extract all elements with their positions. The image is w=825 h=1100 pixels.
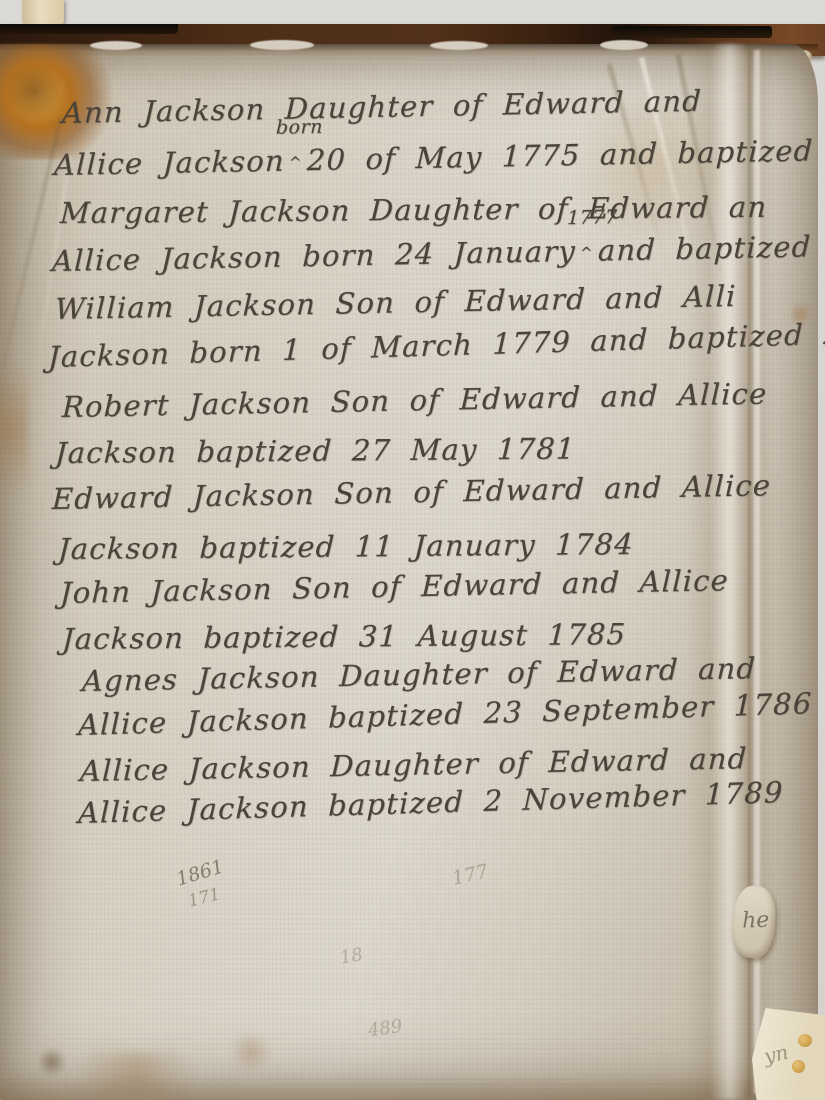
manuscript-line-9: Edward Jackson Son of Edward and Allice bbox=[51, 468, 771, 516]
cover-black-segment-left bbox=[0, 24, 178, 34]
manuscript-line-8: Jackson baptized 27 May 1781 bbox=[54, 431, 576, 470]
manuscript-line-5: William Jackson Son of Edward and Alli bbox=[54, 279, 737, 326]
underlying-page-corner: yn bbox=[752, 1008, 825, 1100]
line-4-text-cont: and baptized bbox=[597, 229, 812, 267]
line-2-text: Allice Jackson bbox=[53, 144, 285, 182]
line-2-text-cont: 20 of May 1775 and baptized bbox=[306, 133, 814, 177]
manuscript-line-12: Jackson baptized 31 August 1785 bbox=[61, 617, 627, 656]
superscript-1777: 1777 bbox=[567, 206, 618, 229]
register-entries: Ann Jackson Daughter of Edward and Allic… bbox=[0, 44, 818, 1100]
insertion-annotation-born: born^ bbox=[285, 141, 308, 170]
superscript-born: born bbox=[276, 116, 324, 139]
manuscript-line-6: Jackson born 1 of March 1779 and baptize… bbox=[48, 316, 825, 374]
corner-ink-fragment: yn bbox=[762, 1040, 791, 1069]
line-4-text: Allice Jackson born 24 January bbox=[51, 234, 576, 278]
insertion-annotation-1777: 1777^ bbox=[576, 232, 599, 261]
manuscript-line-7: Robert Jackson Son of Edward and Allice bbox=[61, 376, 768, 424]
book-headband bbox=[22, 0, 64, 27]
manuscript-page: Ann Jackson Daughter of Edward and Allic… bbox=[0, 44, 818, 1100]
manuscript-line-4: Allice Jackson born 24 January1777^and b… bbox=[51, 227, 812, 278]
tab-ink-fragment: he bbox=[742, 908, 770, 934]
manuscript-line-2: Allice Jacksonborn^20 of May 1775 and ba… bbox=[53, 131, 814, 182]
wax-dot bbox=[792, 1060, 805, 1073]
cover-black-segment-right bbox=[612, 26, 772, 38]
manuscript-line-1: Ann Jackson Daughter of Edward and bbox=[61, 84, 702, 130]
manuscript-line-3: Margaret Jackson Daughter of Edward an bbox=[59, 190, 768, 230]
manuscript-line-11: John Jackson Son of Edward and Allice bbox=[59, 563, 729, 610]
photo-scene: Ann Jackson Daughter of Edward and Allic… bbox=[0, 0, 825, 1100]
caret-mark: ^ bbox=[580, 244, 594, 262]
wax-dot bbox=[798, 1034, 812, 1047]
caret-mark: ^ bbox=[289, 153, 303, 171]
pencil-mark-18: 18 bbox=[338, 944, 364, 969]
manuscript-line-10: Jackson baptized 11 January 1784 bbox=[57, 527, 634, 566]
